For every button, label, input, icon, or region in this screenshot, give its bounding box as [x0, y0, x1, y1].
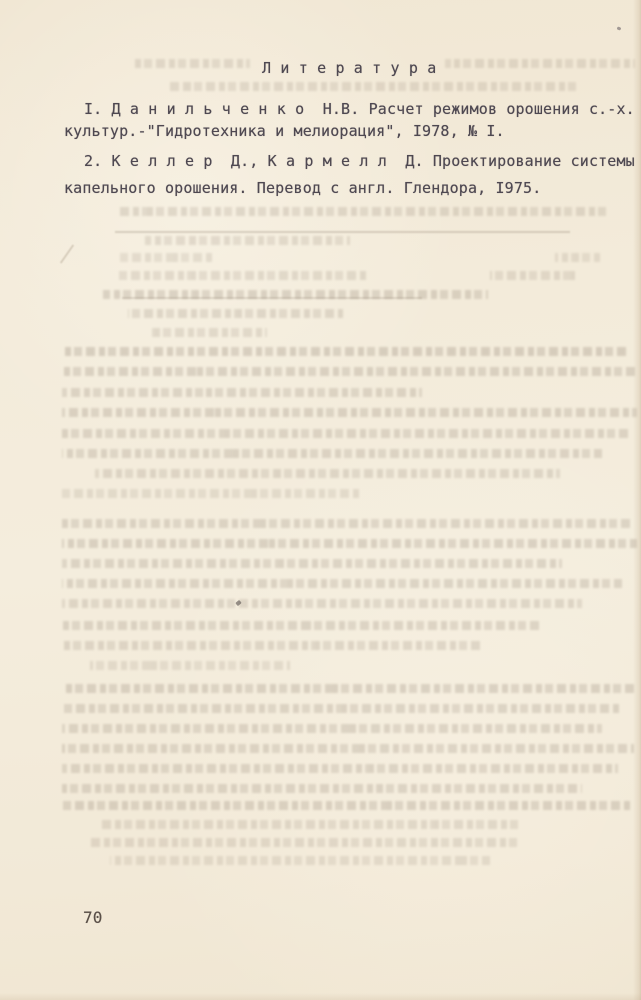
bleedthrough-line — [100, 820, 520, 829]
scanned-page: Л и т е р а т у р а I. Д а н и л ь ч е н… — [0, 0, 641, 1000]
bleedthrough-line — [555, 253, 600, 262]
bleedthrough-line — [62, 724, 602, 733]
bleedthrough-line — [62, 367, 637, 376]
reference-2-line-2: капельного орошения. Перевод с англ. Гле… — [64, 178, 541, 198]
bleedthrough-line — [62, 579, 622, 588]
bleedthrough-line — [115, 231, 570, 233]
bleedthrough-line — [95, 469, 560, 478]
bleedthrough-line — [118, 253, 213, 262]
bleedthrough-line — [110, 856, 490, 865]
bleedthrough-line — [62, 641, 482, 650]
bleedthrough-line — [118, 271, 368, 280]
bleedthrough-line — [62, 801, 632, 810]
bleedthrough-line — [62, 489, 362, 498]
bleedthrough-line — [62, 449, 602, 458]
bleedthrough-line — [103, 290, 488, 299]
bleedthrough-line — [62, 599, 582, 608]
pencil-mark — [60, 244, 74, 263]
bleedthrough-line — [128, 309, 343, 318]
reference-1-line-1: I. Д а н и л ь ч е н к о Н.В. Расчет реж… — [84, 99, 635, 119]
bleedthrough-line — [90, 838, 520, 847]
bleedthrough-line — [62, 347, 627, 356]
bleedthrough-line — [152, 328, 267, 337]
bleedthrough-line — [62, 559, 562, 568]
bleedthrough-line — [62, 519, 634, 528]
bleedthrough-line — [62, 408, 637, 417]
page-edge-shadow-right — [633, 0, 641, 1000]
reference-1-line-2: культур.-"Гидротехника и мелиорация", I9… — [64, 121, 505, 141]
bleedthrough-line — [135, 59, 250, 68]
bleedthrough-line — [62, 539, 637, 548]
bleedthrough-line — [62, 684, 634, 693]
bleedthrough-line — [62, 388, 422, 397]
bleedthrough-line — [62, 764, 618, 773]
bleedthrough-line — [122, 297, 422, 299]
bleedthrough-line — [145, 236, 350, 245]
page-number: 70 — [83, 908, 103, 928]
bleedthrough-line — [120, 207, 610, 216]
bleedthrough-line — [62, 784, 582, 793]
reference-2-line-1: 2. К е л л е р Д., К а р м е л л Д. Прое… — [84, 151, 635, 171]
bleedthrough-line — [445, 59, 635, 68]
page-edge-shadow-bottom — [0, 993, 641, 1000]
bleedthrough-line — [62, 621, 542, 630]
bleedthrough-line — [62, 704, 620, 713]
ink-speck-middle — [235, 600, 241, 606]
section-heading: Л и т е р а т у р а — [262, 58, 436, 78]
bleedthrough-line — [62, 429, 632, 438]
bleedthrough-line — [167, 82, 577, 91]
bleedthrough-line — [490, 271, 575, 280]
bleedthrough-line — [90, 661, 290, 670]
bleedthrough-line — [62, 744, 634, 753]
ink-speck-top-right — [617, 26, 622, 30]
